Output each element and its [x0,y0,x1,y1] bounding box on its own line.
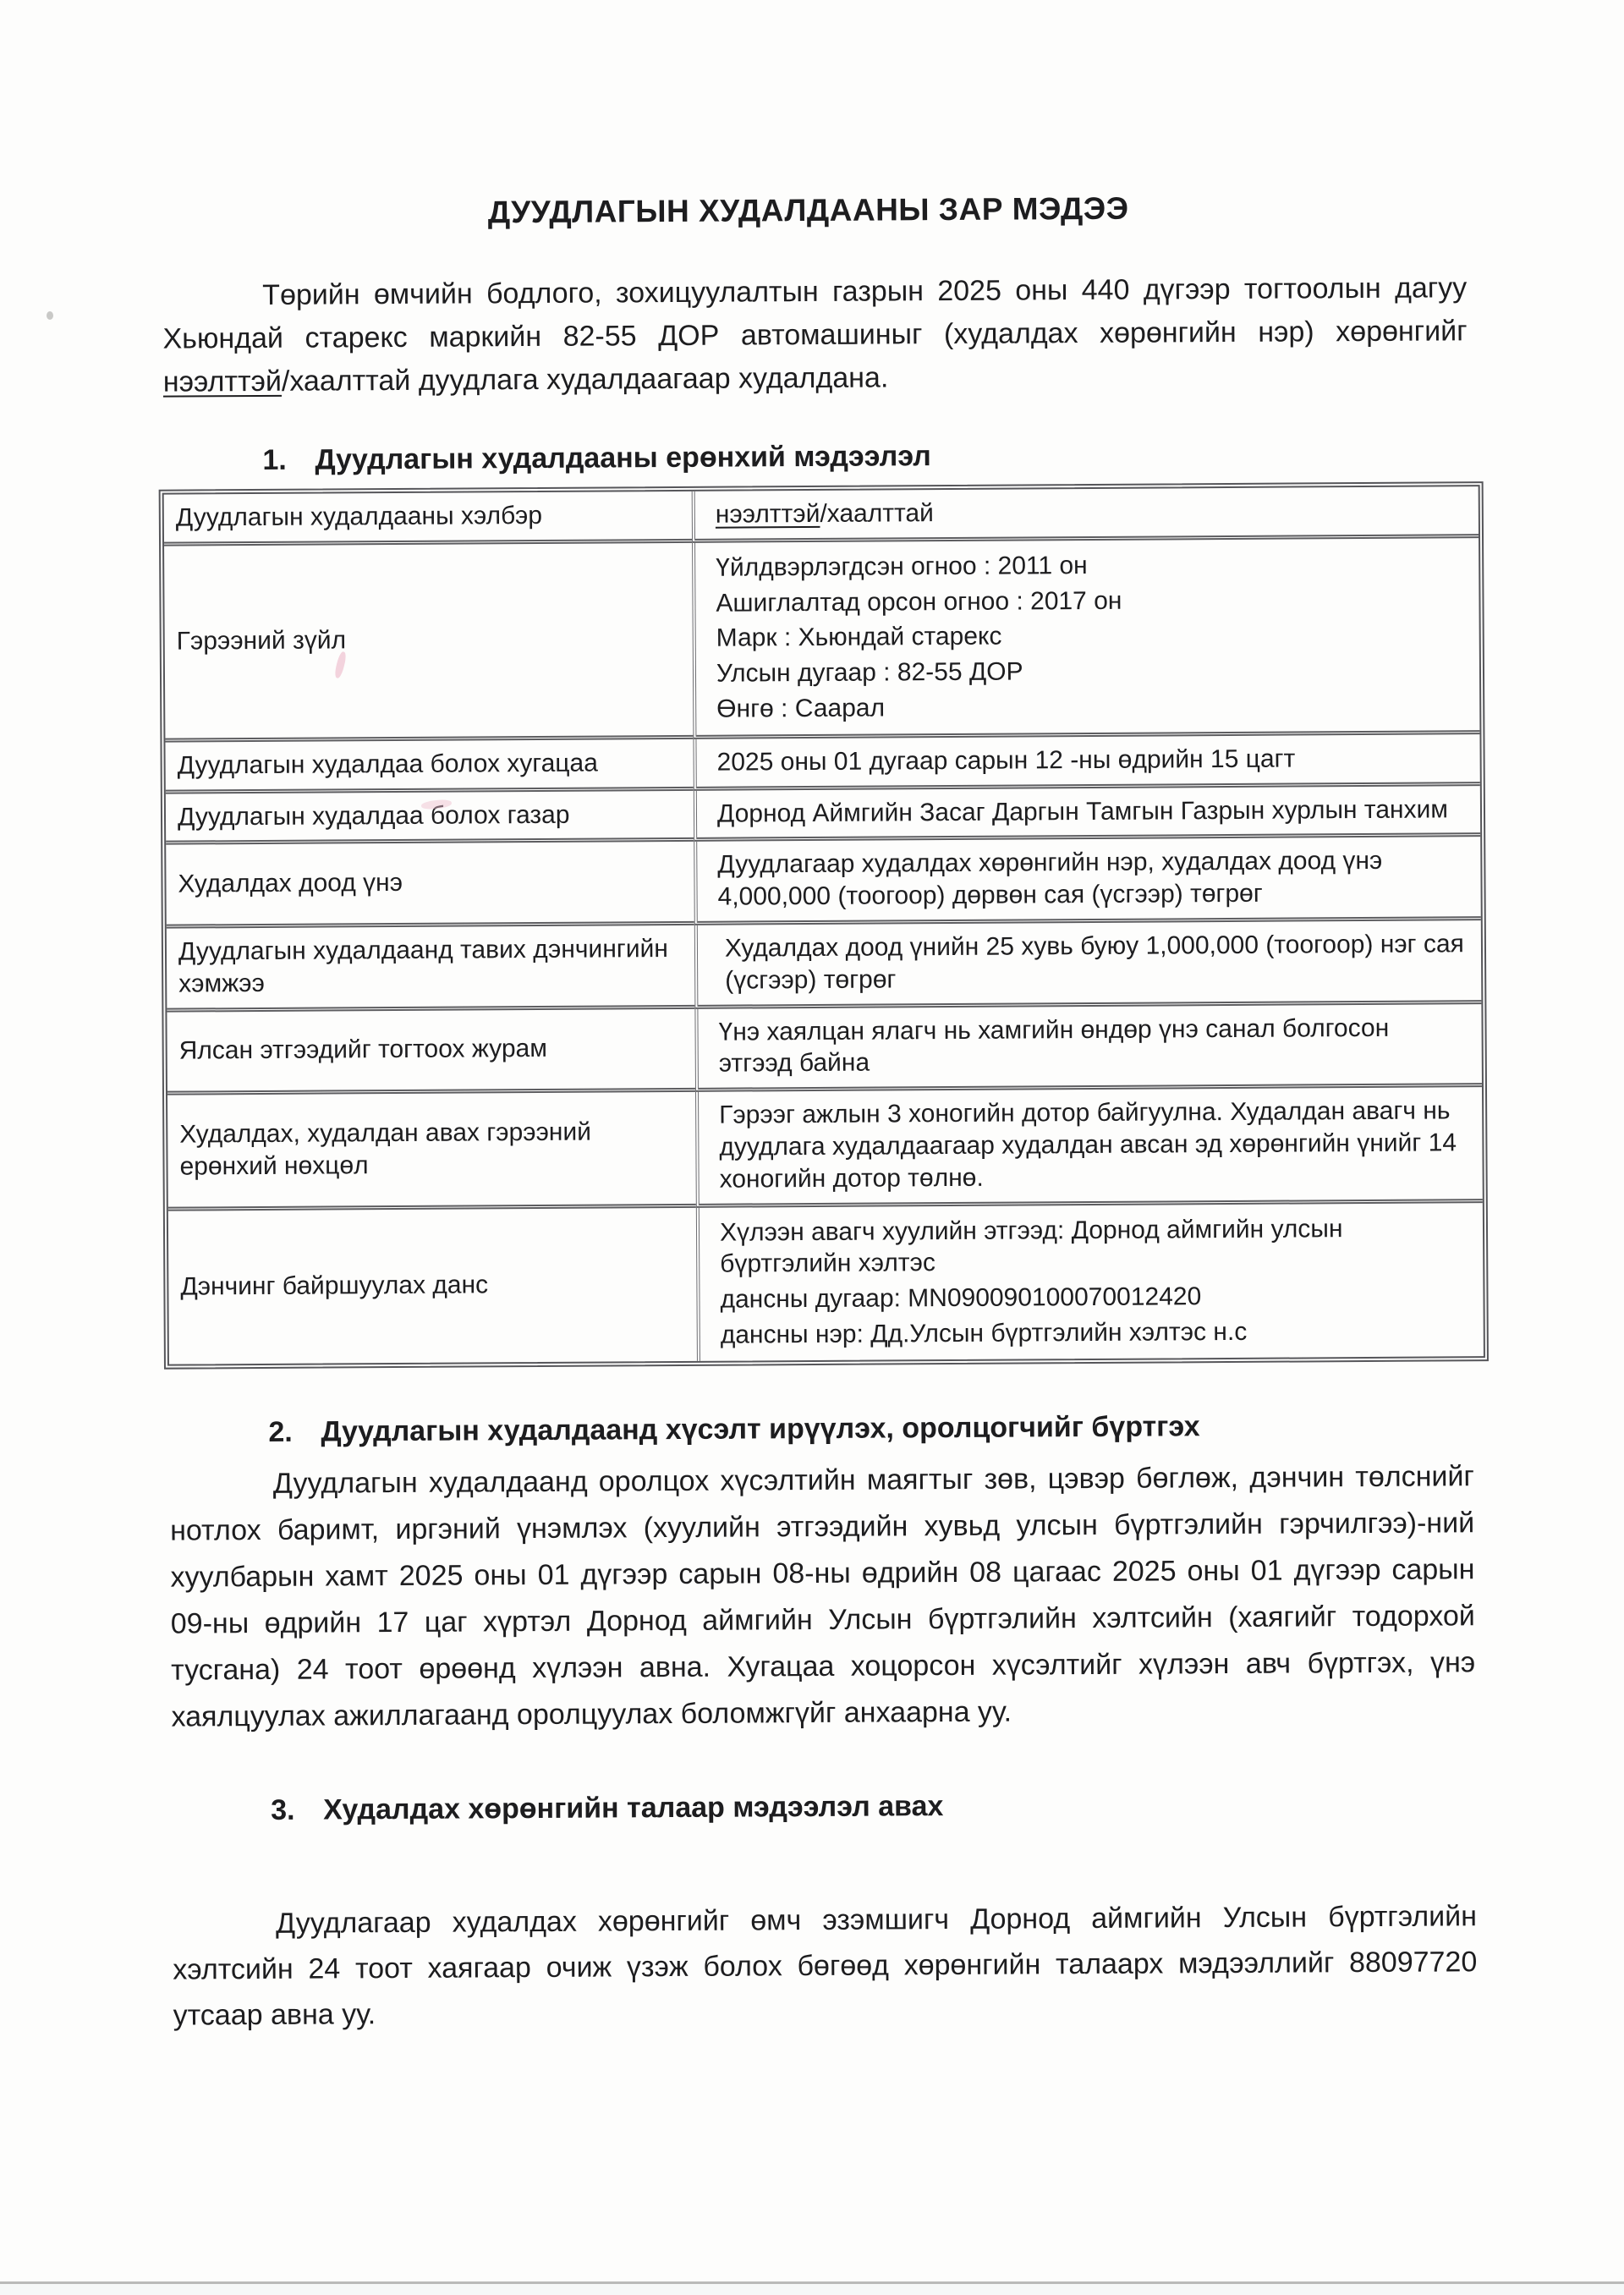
section-2-title: Дуудлагын худалдаанд хүсэлт ирүүлэх, оро… [321,1410,1199,1447]
document-content: ДУУДЛАГЫН ХУДАЛДААНЫ ЗАР МЭДЭЭ Төрийн өм… [0,0,1624,2040]
row-value: Дуудлагаар худалдах хөрөнгийн нэр, худал… [694,837,1481,925]
row-value: Үнэ хаялцан ялагч нь хамгийн өндөр үнэ с… [694,1004,1482,1092]
intro-text-part2: /хаалттай дуудлага худалдаагаар худалдан… [282,361,889,397]
intro-text-part1: Төрийн өмчийн бодлого, зохицуулалтын газ… [162,272,1467,354]
row-label: Ялсан этгээдийг тогтоох журам [167,1008,695,1095]
section-3-heading: 3.Худалдах хөрөнгийн талаар мэдээлэл ава… [271,1787,1478,1827]
scan-bottom-strip [0,2284,1624,2295]
row-value: Худалдах доод үнийн 25 хувь буюу 1,000,0… [694,920,1482,1008]
value-line: дансны нэр: Дд.Улсын бүртгэлийн хэлтэс н… [721,1313,1468,1353]
value-line: Өнгө : Саарал [716,687,1464,727]
value-line: Хүлээн авагч хуулийн этгээд: Дорнод аймг… [720,1211,1468,1282]
table-row-deposit-account: Дэнчинг байршуулах данс Хүлээн авагч хуу… [168,1203,1484,1364]
value-line: Үйлдвэрлэгдсэн огноо : 2011 он [716,546,1463,585]
row-value: 2025 оны 01 дугаар сарын 12 -ны өдрийн 1… [693,734,1479,790]
row-label: Худалдах доод үнэ [166,842,694,928]
value-line: дансны дугаар: MN090090100070012420 [720,1277,1468,1317]
row-label: Дуудлагын худалдаа болох газар [166,790,694,845]
row-value: Хүлээн авагч хуулийн этгээд: Дорнод аймг… [696,1203,1484,1361]
section-2-paragraph: Дуудлагын худалдаанд оролцох хүсэлтийн м… [170,1453,1476,1741]
scanned-document-sheet: ДУУДЛАГЫН ХУДАЛДААНЫ ЗАР МЭДЭЭ Төрийн өм… [0,0,1624,2295]
row-label: Дуудлагын худалдаа болох хугацаа [165,739,693,794]
table-row-contract-terms: Худалдах, худалдан авах гэрээний ерөнхий… [167,1087,1483,1211]
value-rest: /хаалттай [820,499,934,528]
section-3-title: Худалдах хөрөнгийн талаар мэдээлэл авах [323,1790,943,1826]
value-line: Марк : Хьюндай старекс [716,617,1464,656]
row-label: Дуудлагын худалдаанд тавих дэнчингийн хэ… [167,925,695,1012]
section-3-paragraph: Дуудлагаар худалдах хөрөнгийг өмч эзэмши… [173,1894,1478,2039]
table-row-winner-rule: Ялсан этгээдийг тогтоох журам Үнэ хаялца… [167,1004,1482,1095]
table-row-auction-type: Дуудлагын худалдааны хэлбэр нээлттэй/хаа… [164,486,1479,546]
section-1-title: Дуудлагын худалдааны ерөнхий мэдээлэл [315,440,931,475]
intro-underlined-word: нээлттэй [163,365,282,398]
section-2-number: 2. [268,1415,321,1448]
table-row-deposit-amount: Дуудлагын худалдаанд тавих дэнчингийн хэ… [167,920,1482,1012]
table-row-contract-item: Гэрээний зүйл Үйлдвэрлэгдсэн огноо : 201… [164,538,1479,742]
auction-info-table: Дуудлагын худалдааны хэлбэр нээлттэй/хаа… [159,481,1489,1369]
table-row-auction-time: Дуудлагын худалдаа болох хугацаа 2025 он… [165,734,1479,793]
value-underlined: нээлттэй [716,500,820,529]
row-value: Гэрээг ажлын 3 хоногийн дотор байгуулна.… [695,1087,1483,1207]
section-1-heading: 1.Дуудлагын худалдааны ерөнхий мэдээлэл [262,436,1469,477]
section-3-number: 3. [271,1794,323,1827]
value-line: Улсын дугаар : 82-55 ДОР [716,651,1464,691]
section-2-heading: 2.Дуудлагын худалдаанд хүсэлт ирүүлэх, о… [268,1408,1475,1449]
section-1-number: 1. [262,444,315,477]
row-value: Үйлдвэрлэгдсэн огноо : 2011 он Ашиглалта… [692,538,1479,739]
row-label: Гэрээний зүйл [164,543,693,743]
value-line: Ашиглалтад орсон огноо : 2017 он [716,581,1463,621]
intro-paragraph: Төрийн өмчийн бодлого, зохицуулалтын газ… [162,266,1468,404]
row-label: Худалдах, худалдан авах гэрээний ерөнхий… [167,1092,696,1211]
table-row-auction-place: Дуудлагын худалдаа болох газар Дорнод Ай… [166,786,1480,845]
row-label: Дэнчинг байршуулах данс [168,1207,697,1364]
document-title: ДУУДЛАГЫН ХУДАЛДААНЫ ЗАР МЭДЭЭ [0,188,1621,233]
table-row-minimum-price: Худалдах доод үнэ Дуудлагаар худалдах хө… [166,837,1481,929]
row-value: нээлттэй/хаалттай [692,486,1479,542]
row-label: Дуудлагын худалдааны хэлбэр [164,491,692,546]
row-value: Дорнод Аймгийн Засаг Даргын Тамгын Газры… [694,786,1480,842]
scan-bottom-edge-line [0,2281,1624,2284]
